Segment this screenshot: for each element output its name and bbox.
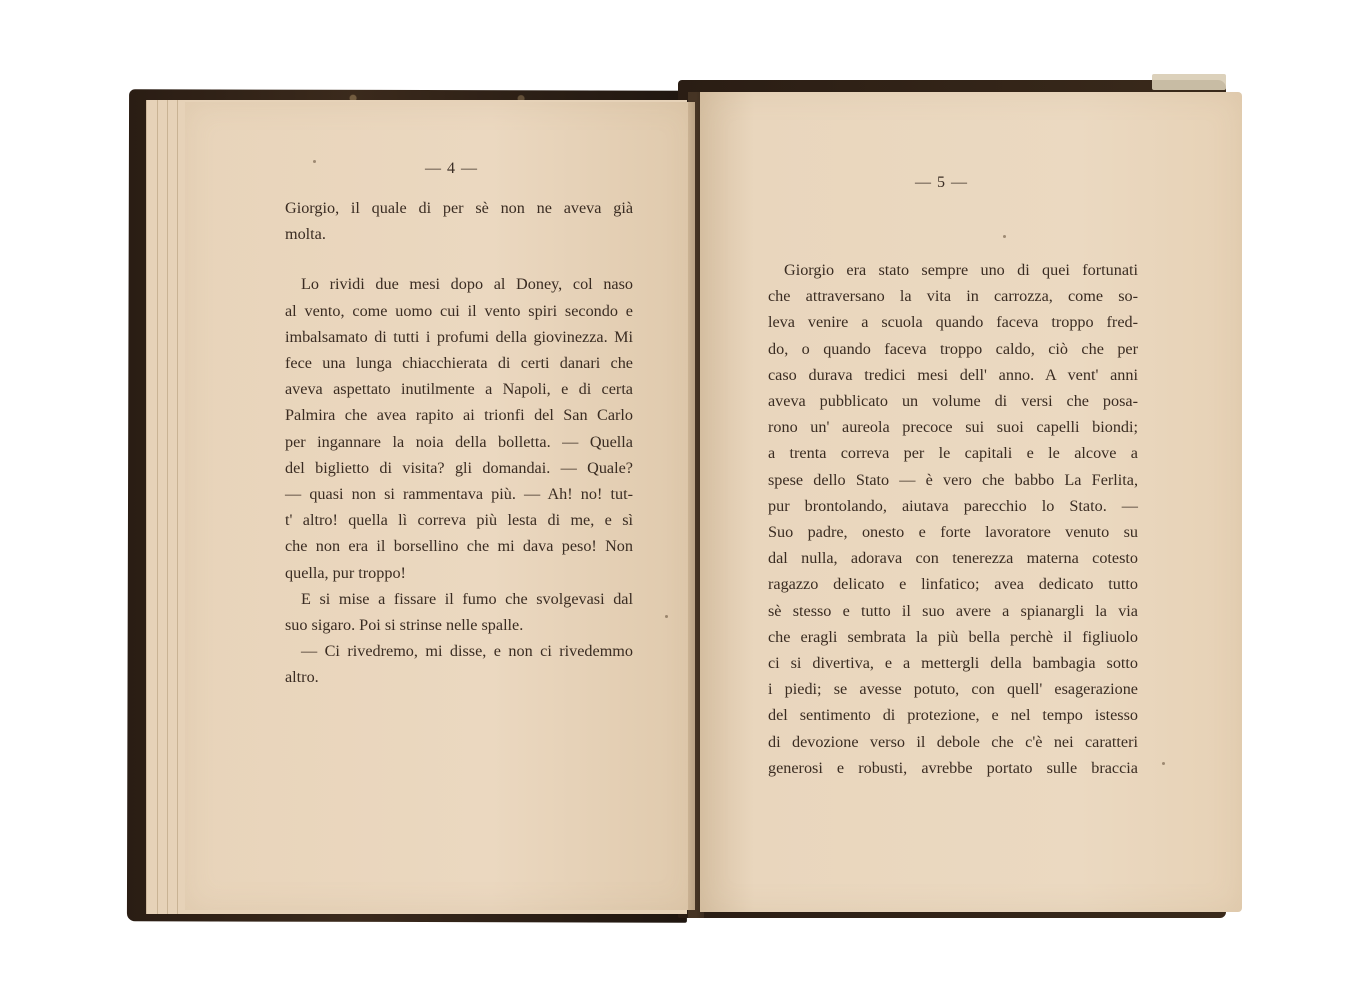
text-line: leva venire a scuola quando faceva tropp… (768, 309, 1138, 335)
page-number: — 5 — (915, 174, 968, 192)
text-line: caso durava tredici mesi dell' anno. A v… (768, 362, 1138, 388)
open-book: — 4 — Giorgio, il quale di per sè non ne… (0, 0, 1367, 1000)
text-line: aveva aspettato inutilmente a Napoli, e … (285, 376, 633, 402)
text-line: che attraversano la vita in carrozza, co… (768, 283, 1138, 309)
page-body-text: Giorgio, il quale di per sè non ne aveva… (285, 195, 633, 691)
paper-speck (313, 160, 316, 163)
text-line: Palmira che avea rapito ai trionfi del S… (285, 402, 633, 428)
paper-speck (1003, 235, 1006, 238)
text-line: spese dello Stato — è vero che babbo La … (768, 467, 1138, 493)
page-body-text: Giorgio era stato sempre uno di quei for… (768, 257, 1138, 781)
text-line: altro. (285, 664, 633, 690)
text-line: pur brontolando, aiutava parecchio lo St… (768, 493, 1138, 519)
text-line: — Ci rivedremo, mi disse, e non ci rived… (285, 638, 633, 664)
text-line: i piedi; se avesse potuto, con quell' es… (768, 676, 1138, 702)
text-line: E si mise a fissare il fumo che svolgeva… (285, 586, 633, 612)
text-line: — quasi non si rammentava più. — Ah! no!… (285, 481, 633, 507)
text-line: dal nulla, adorava con tenerezza materna… (768, 545, 1138, 571)
text-line: ragazzo delicato e linfatico; avea dedic… (768, 571, 1138, 597)
left-page: — 4 — Giorgio, il quale di per sè non ne… (185, 102, 695, 910)
text-line: imbalsamato di tutti i profumi della gio… (285, 324, 633, 350)
text-line: Giorgio, il quale di per sè non ne aveva… (285, 195, 633, 221)
text-line: che eragli sembrata la più bella perchè … (768, 624, 1138, 650)
text-line: sè stesso e tutto il suo avere a spianar… (768, 598, 1138, 624)
text-line: aveva pubblicato un volume di versi che … (768, 388, 1138, 414)
text-line: del biglietto di visita? gli domandai. —… (285, 455, 633, 481)
text-line: per ingannare la noia della bolletta. — … (285, 429, 633, 455)
paper-speck (1162, 762, 1165, 765)
text-line: molta. (285, 221, 633, 247)
text-line: ci si divertiva, e a mettergli della bam… (768, 650, 1138, 676)
text-line: che non era il borsellino che mi dava pe… (285, 533, 633, 559)
text-line: t' altro! quella lì correva più lesta di… (285, 507, 633, 533)
text-line: fece una lunga chiacchierata di certi da… (285, 350, 633, 376)
text-line: generosi e robusti, avrebbe portato sull… (768, 755, 1138, 781)
text-line: rono un' aureola precoce sui suoi capell… (768, 414, 1138, 440)
text-line: Giorgio era stato sempre uno di quei for… (768, 257, 1138, 283)
page-number: — 4 — (425, 160, 478, 178)
text-line: quella, pur troppo! (285, 560, 633, 586)
repair-tape (1152, 74, 1226, 90)
text-line: di devozione verso il debole che c'è nei… (768, 729, 1138, 755)
right-page: — 5 — Giorgio era stato sempre uno di qu… (700, 92, 1242, 912)
text-line: suo sigaro. Poi si strinse nelle spalle. (285, 612, 633, 638)
text-line: al vento, come uomo cui il vento spiri s… (285, 298, 633, 324)
text-line: del sentimento di protezione, e nel temp… (768, 702, 1138, 728)
text-line: a trenta correva per le capitali e le al… (768, 440, 1138, 466)
text-line: do, o quando faceva troppo caldo, ciò ch… (768, 336, 1138, 362)
text-line: Lo rividi due mesi dopo al Doney, col na… (285, 271, 633, 297)
text-line: Suo padre, onesto e forte lavoratore ven… (768, 519, 1138, 545)
paper-speck (665, 615, 668, 618)
